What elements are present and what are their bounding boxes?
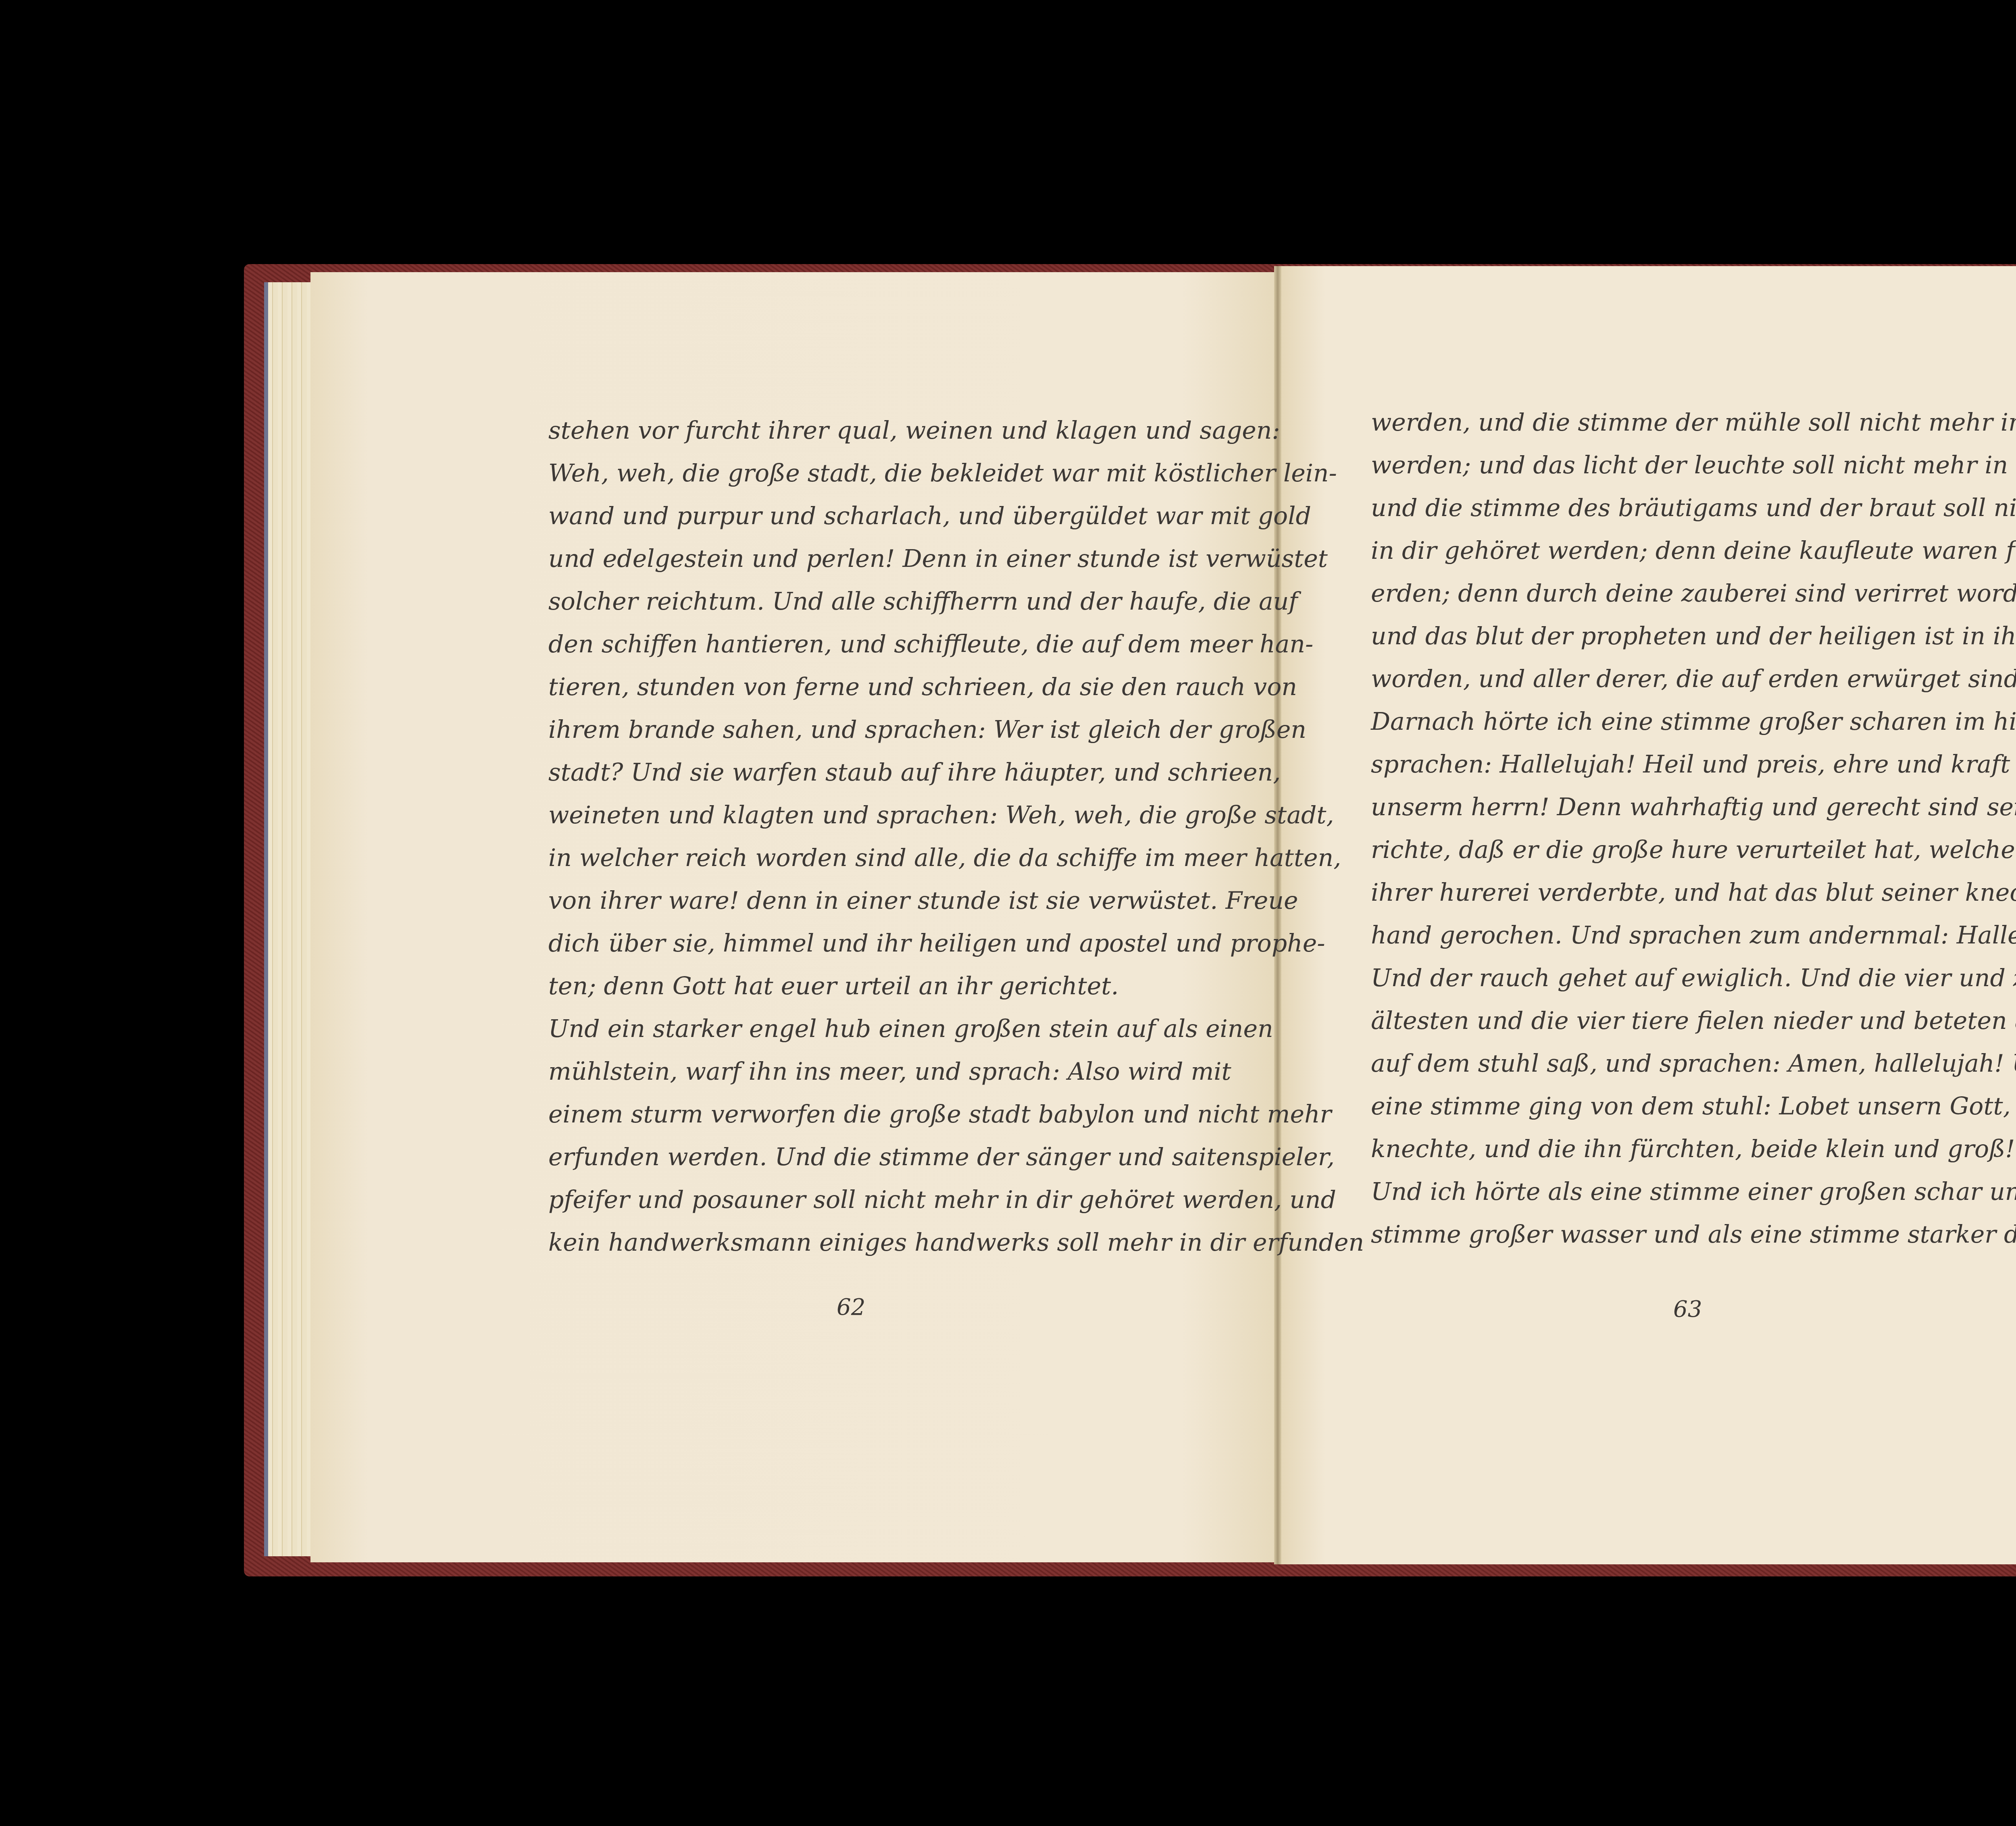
text-line: sprachen: Hallelujah! Heil und preis, eh… (1371, 743, 2016, 786)
text-line: werden; und das licht der leuchte soll n… (1371, 444, 2016, 487)
text-line: mühlstein, warf ihn ins meer, und sprach… (548, 1050, 1364, 1093)
text-line: ihrem brande sahen, und sprachen: Wer is… (548, 708, 1364, 751)
text-line: dich über sie, himmel und ihr heiligen u… (548, 922, 1364, 965)
text-line: in dir gehöret werden; denn deine kaufle… (1371, 529, 2016, 572)
text-line: ältesten und die vier tiere fielen niede… (1371, 999, 2016, 1042)
text-line: und edelgestein und perlen! Denn in eine… (548, 537, 1364, 580)
text-line: erfunden werden. Und die stimme der säng… (548, 1136, 1364, 1178)
text-line: stadt? Und sie warfen staub auf ihre häu… (548, 751, 1364, 794)
text-line: ten; denn Gott hat euer urteil an ihr ge… (548, 965, 1364, 1008)
left-page-text: stehen vor furcht ihrer qual, weinen und… (548, 409, 1364, 1264)
text-line: wand und purpur und scharlach, und überg… (548, 495, 1364, 537)
text-line: auf dem stuhl saß, und sprachen: Amen, h… (1371, 1042, 2016, 1085)
text-line: solcher reichtum. Und alle schiffherrn u… (548, 580, 1364, 623)
text-line: kein handwerksmann einiges handwerks sol… (548, 1221, 1364, 1264)
text-line: und die stimme des bräutigams und der br… (1371, 487, 2016, 529)
text-line: Und ein starker engel hub einen großen s… (548, 1008, 1364, 1050)
text-line: ihrer hurerei verderbte, und hat das blu… (1371, 871, 2016, 914)
text-line: stehen vor furcht ihrer qual, weinen und… (548, 409, 1364, 452)
text-line: unserm herrn! Denn wahrhaftig und gerech… (1371, 786, 2016, 829)
text-line: einem sturm verworfen die große stadt ba… (548, 1093, 1364, 1136)
text-line: stimme großer wasser und als eine stimme… (1371, 1213, 2016, 1256)
text-line: erden; denn durch deine zauberei sind ve… (1371, 572, 2016, 615)
page-number-right: 63 (1673, 1296, 1702, 1322)
text-line: worden, und aller derer, die auf erden e… (1371, 658, 2016, 700)
text-line: hand gerochen. Und sprachen zum andernma… (1371, 914, 2016, 957)
page-number-left: 62 (837, 1294, 865, 1320)
text-line: tieren, stunden von ferne und schrieen, … (548, 666, 1364, 708)
text-line: Weh, weh, die große stadt, die bekleidet… (548, 452, 1364, 495)
right-page-text: werden, und die stimme der mühle soll ni… (1371, 401, 2016, 1256)
text-line: knechte, und die ihn fürchten, beide kle… (1371, 1128, 2016, 1170)
text-line: von ihrer ware! denn in einer stunde ist… (548, 879, 1364, 922)
text-line: Und ich hörte als eine stimme einer groß… (1371, 1170, 2016, 1213)
text-line: Und der rauch gehet auf ewiglich. Und di… (1371, 957, 2016, 999)
text-line: Darnach hörte ich eine stimme großer sch… (1371, 700, 2016, 743)
text-line: eine stimme ging von dem stuhl: Lobet un… (1371, 1085, 2016, 1128)
text-line: den schiffen hantieren, und schiffleute,… (548, 623, 1364, 666)
text-line: werden, und die stimme der mühle soll ni… (1371, 401, 2016, 444)
text-line: richte, daß er die große hure verurteile… (1371, 829, 2016, 871)
text-line: und das blut der propheten und der heili… (1371, 615, 2016, 658)
text-line: weineten und klagten und sprachen: Weh, … (548, 794, 1364, 837)
text-line: pfeifer und posauner soll nicht mehr in … (548, 1178, 1364, 1221)
text-line: in welcher reich worden sind alle, die d… (548, 837, 1364, 879)
